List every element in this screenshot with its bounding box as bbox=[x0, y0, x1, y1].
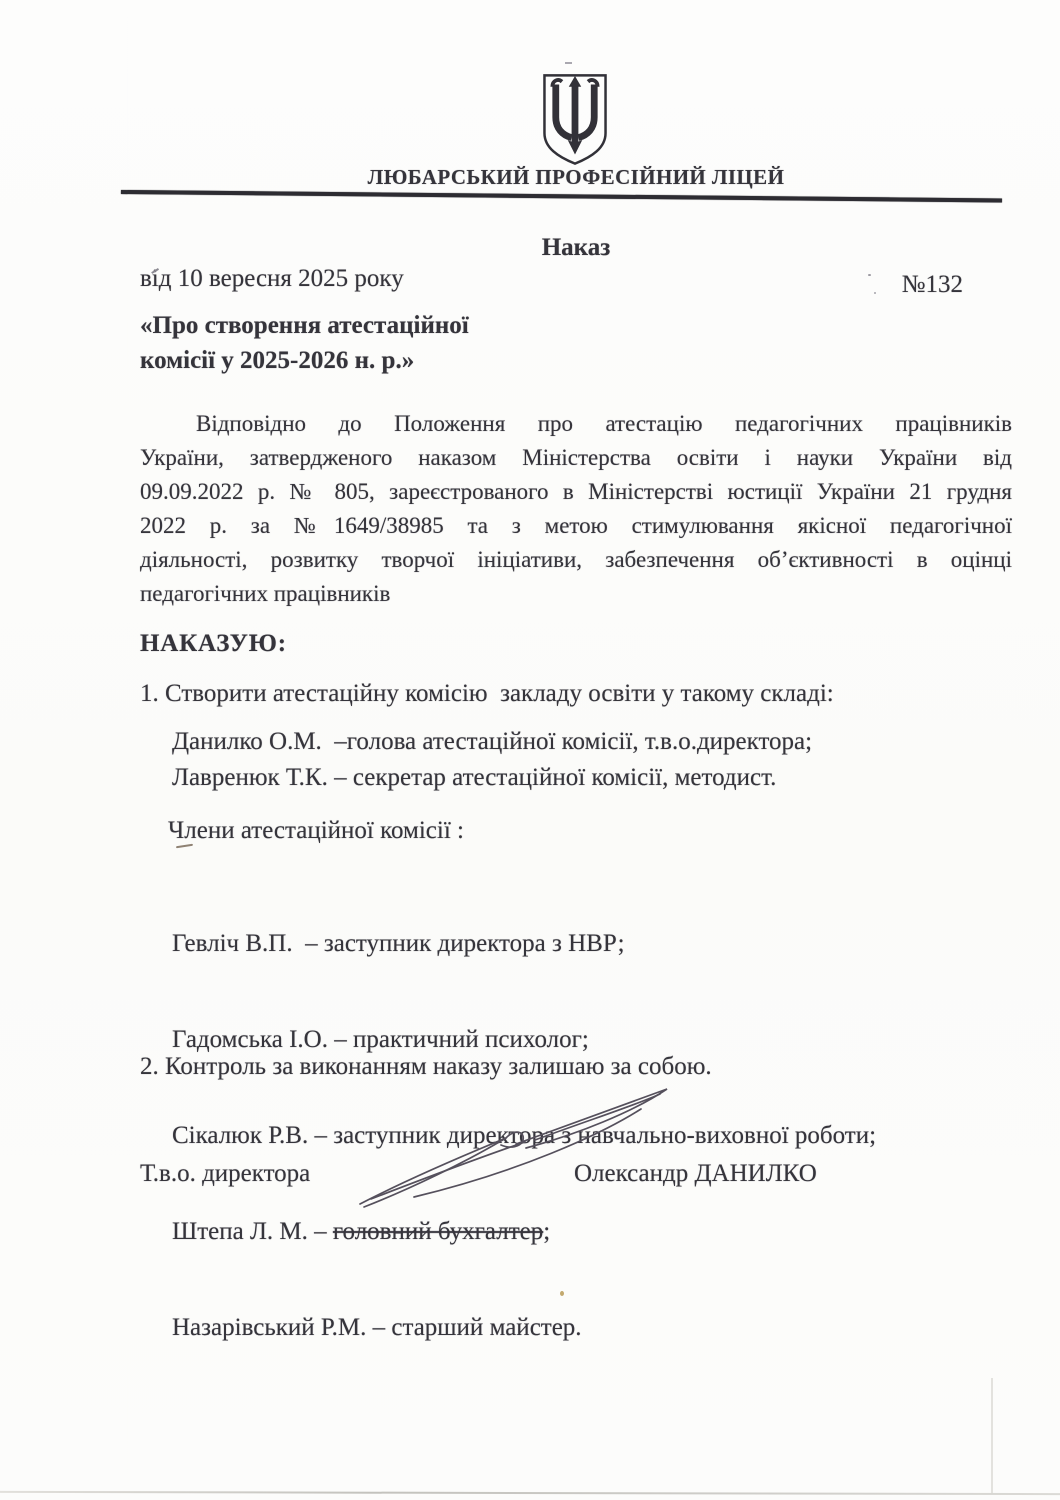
order-number: №132 bbox=[902, 270, 963, 300]
preamble-line: 09.09.2022 р. № 805, зареєстрованого в М… bbox=[140, 475, 1012, 509]
order-item-1: 1. Створити атестаційну комісію закладу … bbox=[140, 679, 834, 709]
trident-shield-icon bbox=[536, 72, 614, 167]
preamble-line: педагогічних працівників bbox=[140, 577, 1012, 611]
order-date: від 10 вересня 2025 року bbox=[140, 264, 404, 300]
header-divider bbox=[121, 190, 1002, 202]
commission-secretary-line: Лавренюк Т.К. – секретар атестаційної ко… bbox=[172, 763, 776, 793]
ukraine-trident-emblem bbox=[536, 72, 614, 167]
decree-heading: НАКАЗУЮ: bbox=[140, 629, 287, 659]
handwritten-signature bbox=[338, 1078, 678, 1228]
preamble-line: діяльності, розвитку творчої ініціативи,… bbox=[140, 543, 1012, 577]
institution-name: ЛЮБАРСЬКИЙ ПРОФЕСІЙНИЙ ЛІЦЕЙ bbox=[140, 165, 1012, 190]
preamble-line: Відповідно до Положення про атестацію пе… bbox=[140, 407, 1012, 441]
member-text: Штепа Л. М. – bbox=[172, 1218, 333, 1245]
document-type-title: Наказ bbox=[140, 233, 1012, 263]
members-heading: Члени атестаційної комісії : bbox=[168, 816, 464, 846]
member-line: Назарівський Р.М. – старший майстер. bbox=[172, 1310, 876, 1346]
order-meta-row: від 10 вересня 2025 року №132 bbox=[140, 264, 1012, 300]
order-subject-line-1: «Про створення атестаційної bbox=[140, 311, 469, 341]
member-line: Гевліч В.П. – заступник директора з НВР; bbox=[172, 926, 876, 962]
scan-edge-line bbox=[0, 1491, 1060, 1495]
scan-edge-line bbox=[991, 1378, 993, 1494]
order-preamble: Відповідно до Положення про атестацію пе… bbox=[140, 407, 1012, 611]
commission-head-line: Данилко О.М. –голова атестаційної комісі… bbox=[172, 727, 812, 757]
order-subject-line-2: комісії у 2025-2026 н. р.» bbox=[140, 346, 414, 376]
preamble-line: України, затвердженого наказом Міністерс… bbox=[140, 441, 1012, 475]
scanned-order-document: ЛЮБАРСЬКИЙ ПРОФЕСІЙНИЙ ЛІЦЕЙ Наказ від 1… bbox=[0, 0, 1060, 1500]
signer-name: Олександр ДАНИЛКО bbox=[574, 1159, 817, 1189]
scan-speck bbox=[565, 62, 572, 64]
signer-position: Т.в.о. директора bbox=[140, 1159, 310, 1189]
preamble-line: 2022 р. за №1649/38985 та з метою стимул… bbox=[140, 509, 1012, 543]
